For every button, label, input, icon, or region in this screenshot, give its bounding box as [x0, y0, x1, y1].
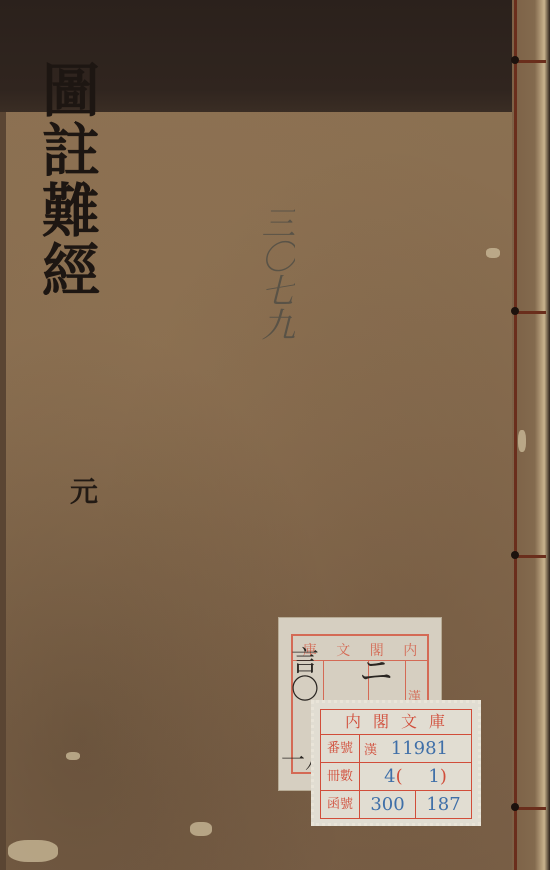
label-field-name: 函號	[321, 791, 360, 819]
label-field-value: 漢 11981	[360, 735, 472, 763]
label-field-name: 冊數	[321, 763, 360, 791]
old-label-header-char: 内	[403, 640, 417, 660]
cover-left-edge	[0, 112, 6, 870]
volume-mark: 元	[70, 470, 98, 510]
volume-index: 1	[428, 766, 439, 787]
binding-thread	[514, 0, 517, 870]
paper-damage	[8, 840, 58, 862]
paper-damage	[518, 430, 526, 452]
case-number-2: 187	[415, 791, 471, 819]
book-title: 圖註難經	[28, 60, 98, 300]
case-number: 300	[360, 791, 416, 819]
label-field-value: 4( 1)	[360, 763, 472, 791]
label-field-name: 番號	[321, 735, 360, 763]
stitch-hole	[511, 307, 519, 315]
paper-damage	[66, 752, 80, 760]
old-label-handwriting: 言〇	[283, 646, 323, 702]
stitch-hole	[511, 803, 519, 811]
old-label-header-char: 文	[336, 640, 350, 660]
stitch-hole	[511, 56, 519, 64]
paper-damage	[486, 248, 500, 258]
book-cover: 圖註難經 元 三〇七九 内 閣 文 庫 漢 言〇 ニ 一八 内閣文庫 番號	[0, 0, 550, 870]
paper-damage	[190, 822, 212, 836]
label-prefix: 漢	[364, 743, 377, 758]
volume-count: 4	[384, 766, 395, 787]
label-table: 内閣文庫 番號 漢 11981 冊數 4( 1) 函號 300 187	[320, 709, 472, 819]
new-library-label: 内閣文庫 番號 漢 11981 冊數 4( 1) 函號 300 187	[311, 700, 481, 826]
call-number: 11981	[391, 738, 448, 759]
label-header: 内閣文庫	[321, 710, 472, 735]
stitch-hole	[511, 551, 519, 559]
old-label-handwriting: ニ	[359, 644, 393, 693]
handwritten-catalog-note: 三〇七九	[255, 205, 295, 341]
